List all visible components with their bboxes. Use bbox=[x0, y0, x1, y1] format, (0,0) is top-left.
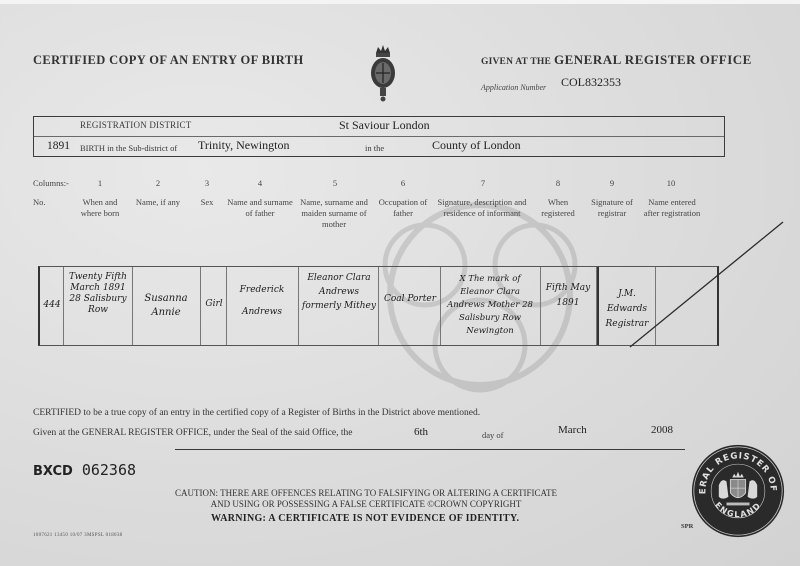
print-code: 1007621 13450 10/07 3MSPSL 018038 bbox=[33, 533, 122, 538]
registration-district-box: REGISTRATION DISTRICT St Saviour London … bbox=[33, 116, 725, 157]
given-prefix: GIVEN AT THE bbox=[481, 57, 551, 67]
entry-sex: Girl bbox=[202, 299, 226, 310]
registration-year: 1891 bbox=[47, 140, 70, 152]
birth-entry-row: 444 Twenty Fifth March 1891 28 Salisbury… bbox=[38, 266, 599, 346]
issue-year: 2008 bbox=[651, 424, 673, 436]
signature-rule bbox=[175, 449, 685, 450]
entry-informant: X The mark of Eleanor Clara Andrews Moth… bbox=[442, 273, 538, 338]
caution-line-2: AND USING OR POSSESSING A FALSE CERTIFIC… bbox=[175, 499, 557, 510]
column-header-sex: Sex bbox=[195, 197, 219, 208]
gro-seal-icon: GENERAL REGISTER OFFICE × ENGLAND × bbox=[690, 443, 786, 539]
column-header-informant: Signature, description and residence of … bbox=[436, 197, 528, 219]
entry-number: 444 bbox=[41, 300, 63, 311]
office-name: GENERAL REGISTER OFFICE bbox=[554, 52, 752, 67]
column-divider bbox=[63, 267, 64, 345]
sub-district-value: Trinity, Newington bbox=[198, 138, 289, 153]
document-title: CERTIFIED COPY OF AN ENTRY OF BIRTH bbox=[33, 53, 304, 68]
issue-month: March bbox=[558, 424, 587, 436]
column-divider bbox=[540, 267, 541, 345]
royal-crest-icon bbox=[368, 43, 398, 103]
caution-line-1: CAUTION: THERE ARE OFFENCES RELATING TO … bbox=[175, 488, 557, 499]
application-number: COL832353 bbox=[561, 75, 621, 90]
warning-notice: WARNING: A CERTIFICATE IS NOT EVIDENCE O… bbox=[211, 513, 519, 524]
column-number-5: 5 bbox=[325, 178, 345, 188]
column-divider bbox=[440, 267, 441, 345]
given-at-text: Given at the GENERAL REGISTER OFFICE, un… bbox=[33, 428, 353, 438]
column-number-9: 9 bbox=[602, 178, 622, 188]
serial-prefix: BXCD bbox=[33, 464, 73, 479]
column-number-3: 3 bbox=[197, 178, 217, 188]
column-header-occupation: Occupation of father bbox=[378, 197, 428, 219]
column-number-4: 4 bbox=[250, 178, 270, 188]
column-number-2: 2 bbox=[148, 178, 168, 188]
column-number-1: 1 bbox=[90, 178, 110, 188]
certificate-paper: CERTIFIED COPY OF AN ENTRY OF BIRTH GIVE… bbox=[0, 0, 800, 566]
entry-mother: Eleanor Clara Andrews formerly Mithey bbox=[302, 271, 376, 313]
column-divider bbox=[378, 267, 379, 345]
application-number-label: Application Number bbox=[481, 83, 546, 92]
column-divider bbox=[226, 267, 227, 345]
district-divider bbox=[34, 136, 724, 137]
issue-day: 6th bbox=[414, 426, 428, 438]
in-the-label: in the bbox=[365, 143, 384, 153]
column-header-father: Name and surname of father bbox=[225, 197, 295, 219]
column-number-10: 10 bbox=[661, 178, 681, 188]
cancellation-line bbox=[560, 200, 800, 350]
registration-district-label: REGISTRATION DISTRICT bbox=[80, 120, 191, 130]
entry-father: Frederick Andrews bbox=[228, 279, 296, 323]
column-header-no: No. bbox=[33, 197, 53, 208]
entry-occupation: Coal Porter bbox=[380, 292, 440, 306]
column-number-8: 8 bbox=[548, 178, 568, 188]
column-divider bbox=[298, 267, 299, 345]
office-heading: GIVEN AT THEGENERAL REGISTER OFFICE bbox=[481, 52, 752, 68]
entry-when-where-born: Twenty Fifth March 1891 28 Salisbury Row bbox=[65, 272, 131, 316]
column-header-mother: Name, surname and maiden surname of moth… bbox=[298, 197, 370, 230]
column-divider bbox=[132, 267, 133, 345]
column-header-name: Name, if any bbox=[130, 197, 186, 208]
registration-district-value: St Saviour London bbox=[339, 118, 430, 133]
columns-label: Columns:- bbox=[33, 178, 69, 188]
column-number-7: 7 bbox=[473, 178, 493, 188]
column-divider bbox=[200, 267, 201, 345]
day-of-label: day of bbox=[482, 430, 503, 440]
column-header-when-born: When and where born bbox=[75, 197, 125, 219]
certification-text: CERTIFIED to be a true copy of an entry … bbox=[33, 408, 480, 418]
column-number-6: 6 bbox=[393, 178, 413, 188]
entry-child-name: Susanna Annie bbox=[134, 292, 198, 320]
county-value: County of London bbox=[432, 138, 521, 153]
serial-number: 062368 bbox=[82, 461, 136, 479]
sub-district-label: BIRTH in the Sub-district of bbox=[80, 143, 177, 153]
caution-notice: CAUTION: THERE ARE OFFENCES RELATING TO … bbox=[175, 488, 557, 510]
certificate-serial: BXCD 062368 bbox=[33, 461, 136, 479]
